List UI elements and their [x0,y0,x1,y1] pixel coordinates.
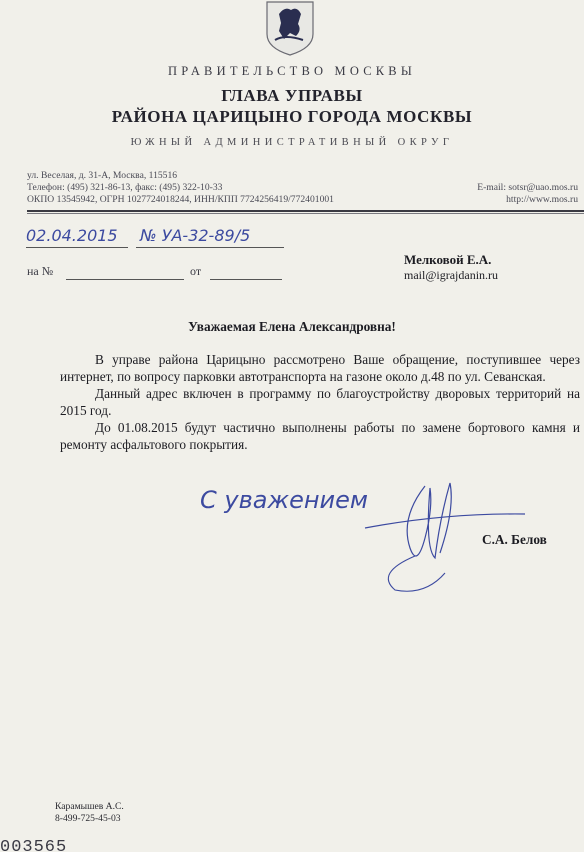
signer-name: С.А. Белов [482,532,547,548]
contacts-block: E-mail: sotsr@uao.mos.ru http://www.mos.… [477,182,578,206]
handwritten-date: 02.04.2015 [26,226,118,245]
office-website: http://www.mos.ru [477,194,578,206]
address: ул. Веселая, д. 31-А, Москва, 115516 [27,170,334,182]
na-number-line [66,279,184,280]
office-title-line1: ГЛАВА УПРАВЫ [0,86,584,106]
paragraph: До 01.08.2015 будут частично выполнены р… [60,419,580,453]
registration-number: 003565 [0,838,67,852]
letter-body: В управе района Царицыно рассмотрено Ваш… [60,351,580,453]
letterhead-rule [27,210,584,212]
handwritten-number: № УА-32-89/5 [140,226,250,245]
government-heading: ПРАВИТЕЛЬСТВО МОСКВЫ [0,64,584,79]
executor-name: Карамышев А.С. [55,801,124,813]
executor-block: Карамышев А.С. 8-499-725-45-03 [55,801,124,825]
okrug-heading: ЮЖНЫЙ АДМИНИСТРАТИВНЫЙ ОКРУГ [0,137,584,148]
executor-phone: 8-499-725-45-03 [55,813,124,825]
number-line [136,247,284,248]
office-email: E-mail: sotsr@uao.mos.ru [477,182,578,194]
letterhead-rule-thin [27,213,584,214]
handwritten-closing: С уважением [200,486,368,514]
paragraph: Данный адрес включен в программу по благ… [60,385,580,419]
paragraph: В управе района Царицыно рассмотрено Ваш… [60,351,580,385]
office-title-line2: РАЙОНА ЦАРИЦЫНО ГОРОДА МОСКВЫ [0,107,584,127]
date-line [26,247,128,248]
salutation: Уважаемая Елена Александровна! [0,319,584,335]
ot-label: от [190,264,201,279]
address-block: ул. Веселая, д. 31-А, Москва, 115516 Тел… [27,170,334,206]
ot-line [210,279,282,280]
recipient-email: mail@igrajdanin.ru [404,268,498,283]
phone: Телефон: (495) 321-86-13, факс: (495) 32… [27,182,334,194]
recipient-name: Мелковой Е.А. [404,252,491,268]
na-number-label: на № [27,264,53,279]
registration-codes: ОКПО 13545942, ОГРН 1027724018244, ИНН/К… [27,194,334,206]
moscow-coat-of-arms-icon [263,0,317,56]
